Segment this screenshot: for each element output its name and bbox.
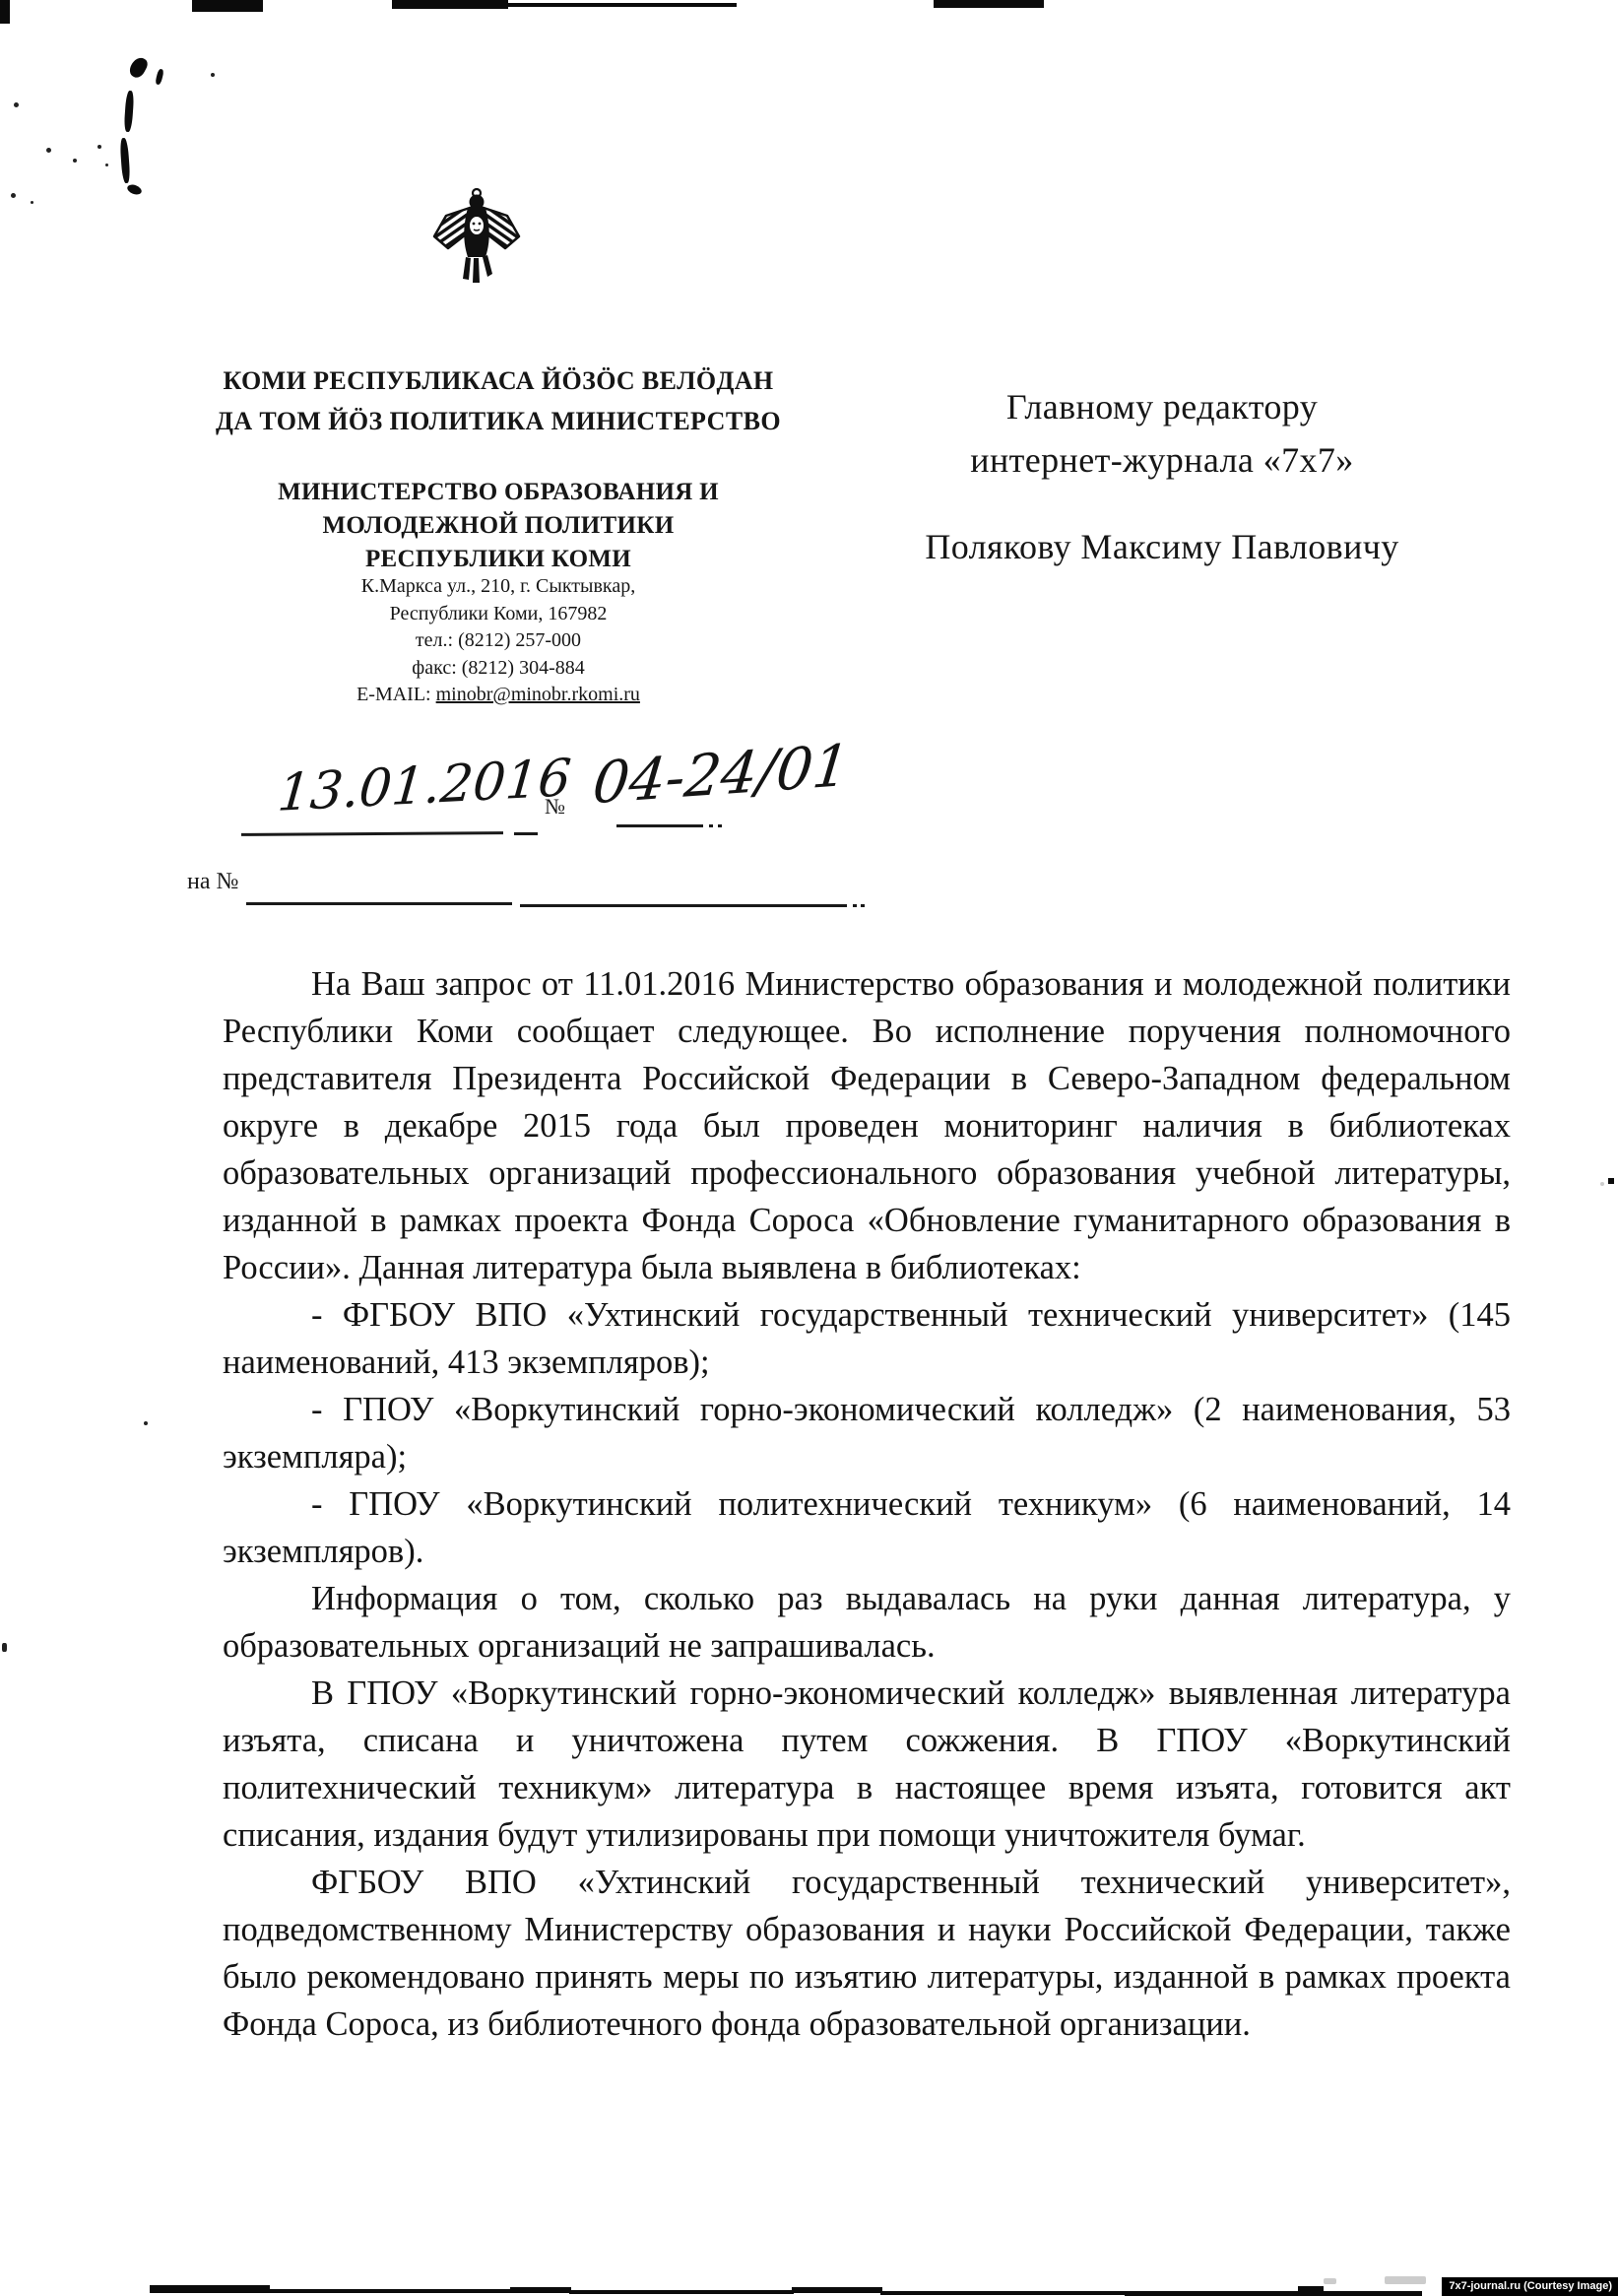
letterhead-ru-line1: МИНИСТЕРСТВО ОБРАЗОВАНИЯ И	[203, 476, 794, 509]
scan-speck	[31, 201, 33, 204]
scan-artifact-top-bar	[934, 0, 1044, 8]
letterhead-russian-name: МИНИСТЕРСТВО ОБРАЗОВАНИЯ И МОЛОДЕЖНОЙ ПО…	[203, 476, 794, 576]
number-underline	[616, 824, 703, 827]
pen-mark	[155, 69, 164, 86]
body-paragraph: - ГПОУ «Воркутинский горно-экономический…	[223, 1386, 1511, 1480]
scan-artifact-bottom-line	[268, 2289, 512, 2293]
email-label: E-MAIL:	[356, 684, 431, 705]
scan-artifact-bottom-line	[792, 2287, 882, 2293]
letterhead-komi-name: КОМИ РЕСПУБЛИКАСА ЙӦЗӦС ВЕЛӦДАН ДА ТОМ Й…	[203, 361, 794, 441]
pen-mark	[124, 91, 135, 132]
reply-underline	[520, 904, 847, 907]
scanned-letter-page: КОМИ РЕСПУБЛИКАСА ЙӦЗӦС ВЕЛӦДАН ДА ТОМ Й…	[0, 0, 1618, 2296]
scan-smudge	[1324, 2278, 1336, 2284]
reply-underline-dot	[861, 904, 865, 907]
number-underline-dot	[718, 824, 722, 827]
komi-republic-coat-of-arms-bird	[431, 187, 522, 288]
address-street: К.Маркса ул., 210, г. Сыктывкар,	[203, 573, 794, 601]
recipient-title-line2: интернет-журнала «7х7»	[867, 433, 1457, 487]
scan-artifact-bottom-line	[880, 2291, 1127, 2295]
scan-artifact-bottom-line	[510, 2287, 571, 2293]
body-paragraph: ФГБОУ ВПО «Ухтинский государственный тех…	[223, 1859, 1511, 2048]
date-underline	[241, 831, 503, 836]
number-sign: №	[545, 794, 565, 820]
email-line: E-MAIL: minobr@minobr.rkomi.ru	[203, 682, 794, 709]
scan-artifact-bottom-line	[1125, 2291, 1422, 2296]
scan-speck	[97, 145, 101, 149]
address-region: Республики Коми, 167982	[203, 601, 794, 628]
handwritten-number: 04-24/01	[590, 732, 853, 818]
scan-speck	[2, 1643, 7, 1652]
scan-speck	[105, 164, 108, 166]
handwritten-date: 13.01.2016	[276, 749, 574, 823]
reply-underline	[246, 902, 512, 905]
number-underline-dot	[709, 824, 713, 827]
scan-artifact-bottom-bump	[1298, 2286, 1324, 2292]
scan-speck	[46, 148, 51, 153]
pen-mark	[126, 183, 143, 197]
body-paragraph: На Ваш запрос от 11.01.2016 Министерство…	[223, 960, 1511, 1291]
scan-speck	[1608, 1178, 1614, 1184]
scan-artifact-top-bar	[392, 0, 508, 9]
pen-mark	[127, 55, 150, 81]
scan-artifact-bottom-line	[150, 2285, 270, 2293]
reply-underline-dot	[853, 904, 857, 907]
date-underline-tail	[514, 832, 538, 835]
scan-artifact-corner-bar	[0, 0, 10, 24]
scan-speck	[11, 193, 16, 198]
scan-speck	[211, 73, 215, 77]
letter-body: На Ваш запрос от 11.01.2016 Министерство…	[223, 960, 1511, 2048]
recipient-name: Полякову Максиму Павловичу	[867, 520, 1457, 573]
scan-speck	[1600, 1182, 1604, 1186]
pen-mark	[119, 138, 130, 183]
scan-artifact-top-bar	[192, 0, 263, 12]
fax-line: факс: (8212) 304-884	[203, 655, 794, 683]
courtesy-watermark: 7x7-journal.ru (Courtesy Image)	[1442, 2277, 1618, 2296]
phone-line: тел.: (8212) 257-000	[203, 627, 794, 655]
body-paragraph: Информация о том, сколько раз выдавалась…	[223, 1575, 1511, 1670]
body-paragraph: В ГПОУ «Воркутинский горно-экономический…	[223, 1670, 1511, 1859]
letterhead-komi-line1: КОМИ РЕСПУБЛИКАСА ЙӦЗӦС ВЕЛӦДАН	[203, 361, 794, 401]
letterhead-ru-line3: РЕСПУБЛИКИ КОМИ	[203, 543, 794, 576]
letterhead-ru-line2: МОЛОДЕЖНОЙ ПОЛИТИКИ	[203, 509, 794, 543]
recipient-block: Главному редактору интернет-журнала «7х7…	[867, 380, 1457, 573]
recipient-title-line1: Главному редактору	[867, 380, 1457, 433]
scan-speck	[14, 102, 19, 107]
scan-speck	[73, 159, 77, 163]
email-address: minobr@minobr.rkomi.ru	[436, 684, 640, 705]
reply-to-label: на №	[187, 869, 238, 895]
letterhead-komi-line2: ДА ТОМ ЙӦЗ ПОЛИТИКА МИНИСТЕРСТВО	[203, 401, 794, 441]
scan-smudge	[1385, 2276, 1426, 2284]
letterhead-address-block: К.Маркса ул., 210, г. Сыктывкар, Республ…	[203, 573, 794, 709]
scan-artifact-bottom-line	[569, 2290, 794, 2294]
body-paragraph: - ФГБОУ ВПО «Ухтинский государственный т…	[223, 1291, 1511, 1386]
scan-artifact-top-line	[508, 3, 737, 7]
scan-speck	[144, 1421, 148, 1425]
body-paragraph: - ГПОУ «Воркутинский политехнический тех…	[223, 1480, 1511, 1575]
